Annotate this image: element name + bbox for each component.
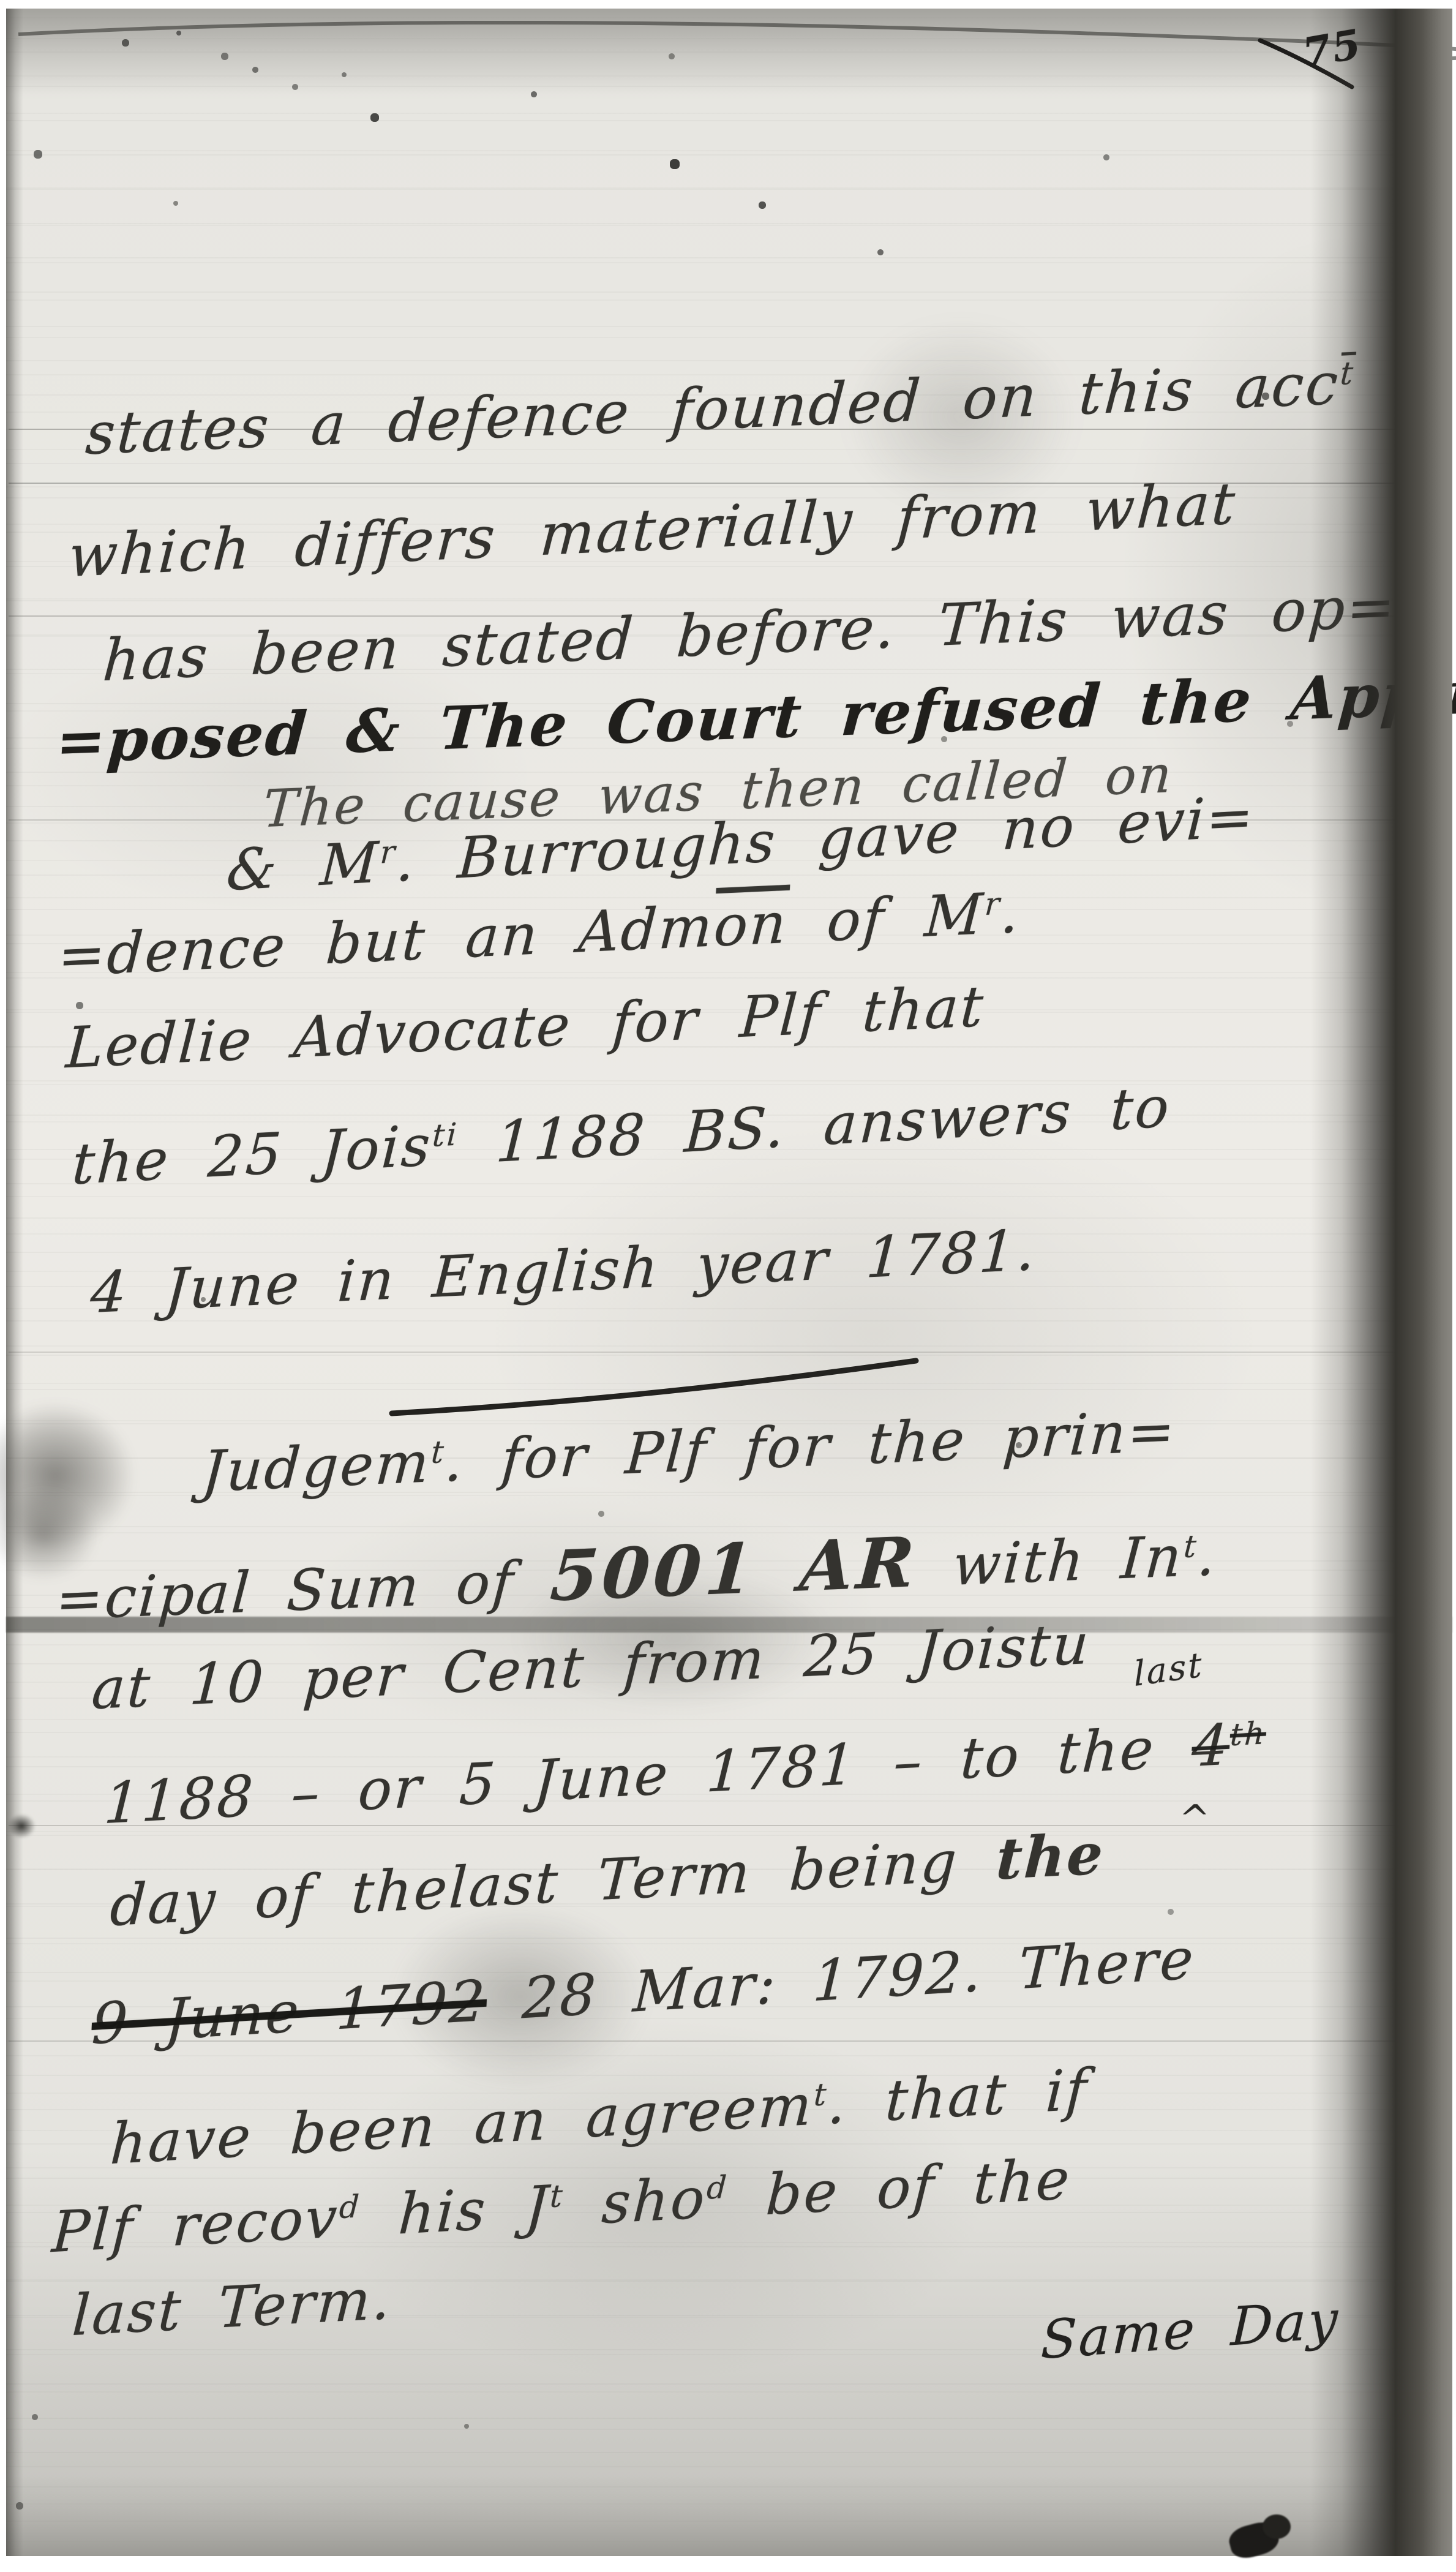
manuscript-line: the 25 Joisti 1188 BS. answers to xyxy=(70,1074,1173,1197)
manuscript-line: Judgemt. for Plf for the prin= xyxy=(200,1398,1179,1505)
manuscript-text: states a defence founded on this acc xyxy=(83,351,1342,468)
manuscript-line: last Term. xyxy=(70,2266,394,2348)
superscript-text: d xyxy=(339,2188,362,2225)
manuscript-text: 1188 BS. answers to xyxy=(456,1074,1173,1177)
gutter-shadow xyxy=(1310,9,1452,2556)
superscript-text: t xyxy=(813,2076,829,2113)
manuscript-line: which differs materially from what xyxy=(67,470,1239,590)
manuscript-text: the 25 Jois xyxy=(70,1113,433,1197)
manuscript-scan: 75 states a defence founded on this acct… xyxy=(0,0,1456,2572)
page-number: 75 xyxy=(1299,20,1365,77)
handwriting-layer: states a defence founded on this acctwhi… xyxy=(0,0,1456,2572)
manuscript-text: which differs materially from what xyxy=(67,470,1239,590)
manuscript-line: states a defence founded on this acct xyxy=(83,350,1356,468)
manuscript-text: Plf recov xyxy=(50,2184,340,2265)
page-edge-left xyxy=(6,9,23,2556)
manuscript-line: Same Day xyxy=(1040,2289,1340,2372)
struck-text: 9 June 1792 xyxy=(91,1968,489,2057)
manuscript-text: 4 June in English year 1781. xyxy=(89,1217,1038,1326)
manuscript-text: with In xyxy=(915,1524,1185,1600)
manuscript-line: day of thelast Term being the xyxy=(108,1821,1106,1939)
manuscript-text: 5001 AR xyxy=(548,1522,920,1617)
manuscript-text: day of thelast Term being xyxy=(108,1827,998,1939)
manuscript-line: 1188 – or 5 June 1781 – to the 4th xyxy=(102,1710,1267,1837)
superscript-text: r xyxy=(984,886,1003,922)
struck-text: 4 xyxy=(1190,1712,1231,1780)
manuscript-text: the xyxy=(994,1821,1106,1893)
manuscript-text: on xyxy=(712,890,790,960)
manuscript-line: ^ xyxy=(1176,1797,1214,1840)
struck-text: th xyxy=(1229,1715,1267,1753)
manuscript-text: ^ xyxy=(1176,1797,1214,1840)
manuscript-text: & M xyxy=(225,830,381,904)
manuscript-line: 9 June 1792 28 Mar: 1792. There xyxy=(91,1926,1197,2058)
manuscript-line: 4 June in English year 1781. xyxy=(89,1217,1038,1326)
manuscript-text: Same Day xyxy=(1040,2289,1340,2372)
manuscript-text: =dence but an Adm xyxy=(56,893,716,989)
superscript-text: ti xyxy=(432,1116,460,1153)
scan-dark-band xyxy=(6,1617,1452,1633)
manuscript-text: . that if xyxy=(826,2056,1090,2137)
manuscript-text: . xyxy=(999,879,1023,946)
manuscript-line: =dence but an Admon of Mr. xyxy=(56,879,1023,989)
manuscript-line: Ledlie Advocate for Plf that xyxy=(64,974,987,1081)
manuscript-text: . xyxy=(1195,1522,1219,1589)
superscript-text: t xyxy=(549,2178,565,2214)
manuscript-text: Ledlie Advocate for Plf that xyxy=(64,974,987,1081)
manuscript-text: Judgem xyxy=(200,1429,433,1505)
manuscript-text: last xyxy=(1133,1645,1204,1694)
manuscript-text: of M xyxy=(786,881,986,956)
manuscript-text: sho xyxy=(562,2165,708,2239)
manuscript-text: his J xyxy=(359,2173,551,2249)
manuscript-text: have been an agreem xyxy=(108,2072,815,2178)
manuscript-line: last xyxy=(1133,1645,1204,1694)
superscript-text: d xyxy=(706,2169,729,2206)
manuscript-text: last Term. xyxy=(70,2266,394,2348)
manuscript-text: 28 Mar: 1792. There xyxy=(485,1926,1196,2034)
superscript-text: r xyxy=(379,833,397,871)
manuscript-text: 1188 – or 5 June 1781 – to the xyxy=(102,1714,1193,1837)
manuscript-text: be of the xyxy=(726,2146,1073,2230)
manuscript-text: . for Plf for the prin= xyxy=(443,1398,1179,1494)
